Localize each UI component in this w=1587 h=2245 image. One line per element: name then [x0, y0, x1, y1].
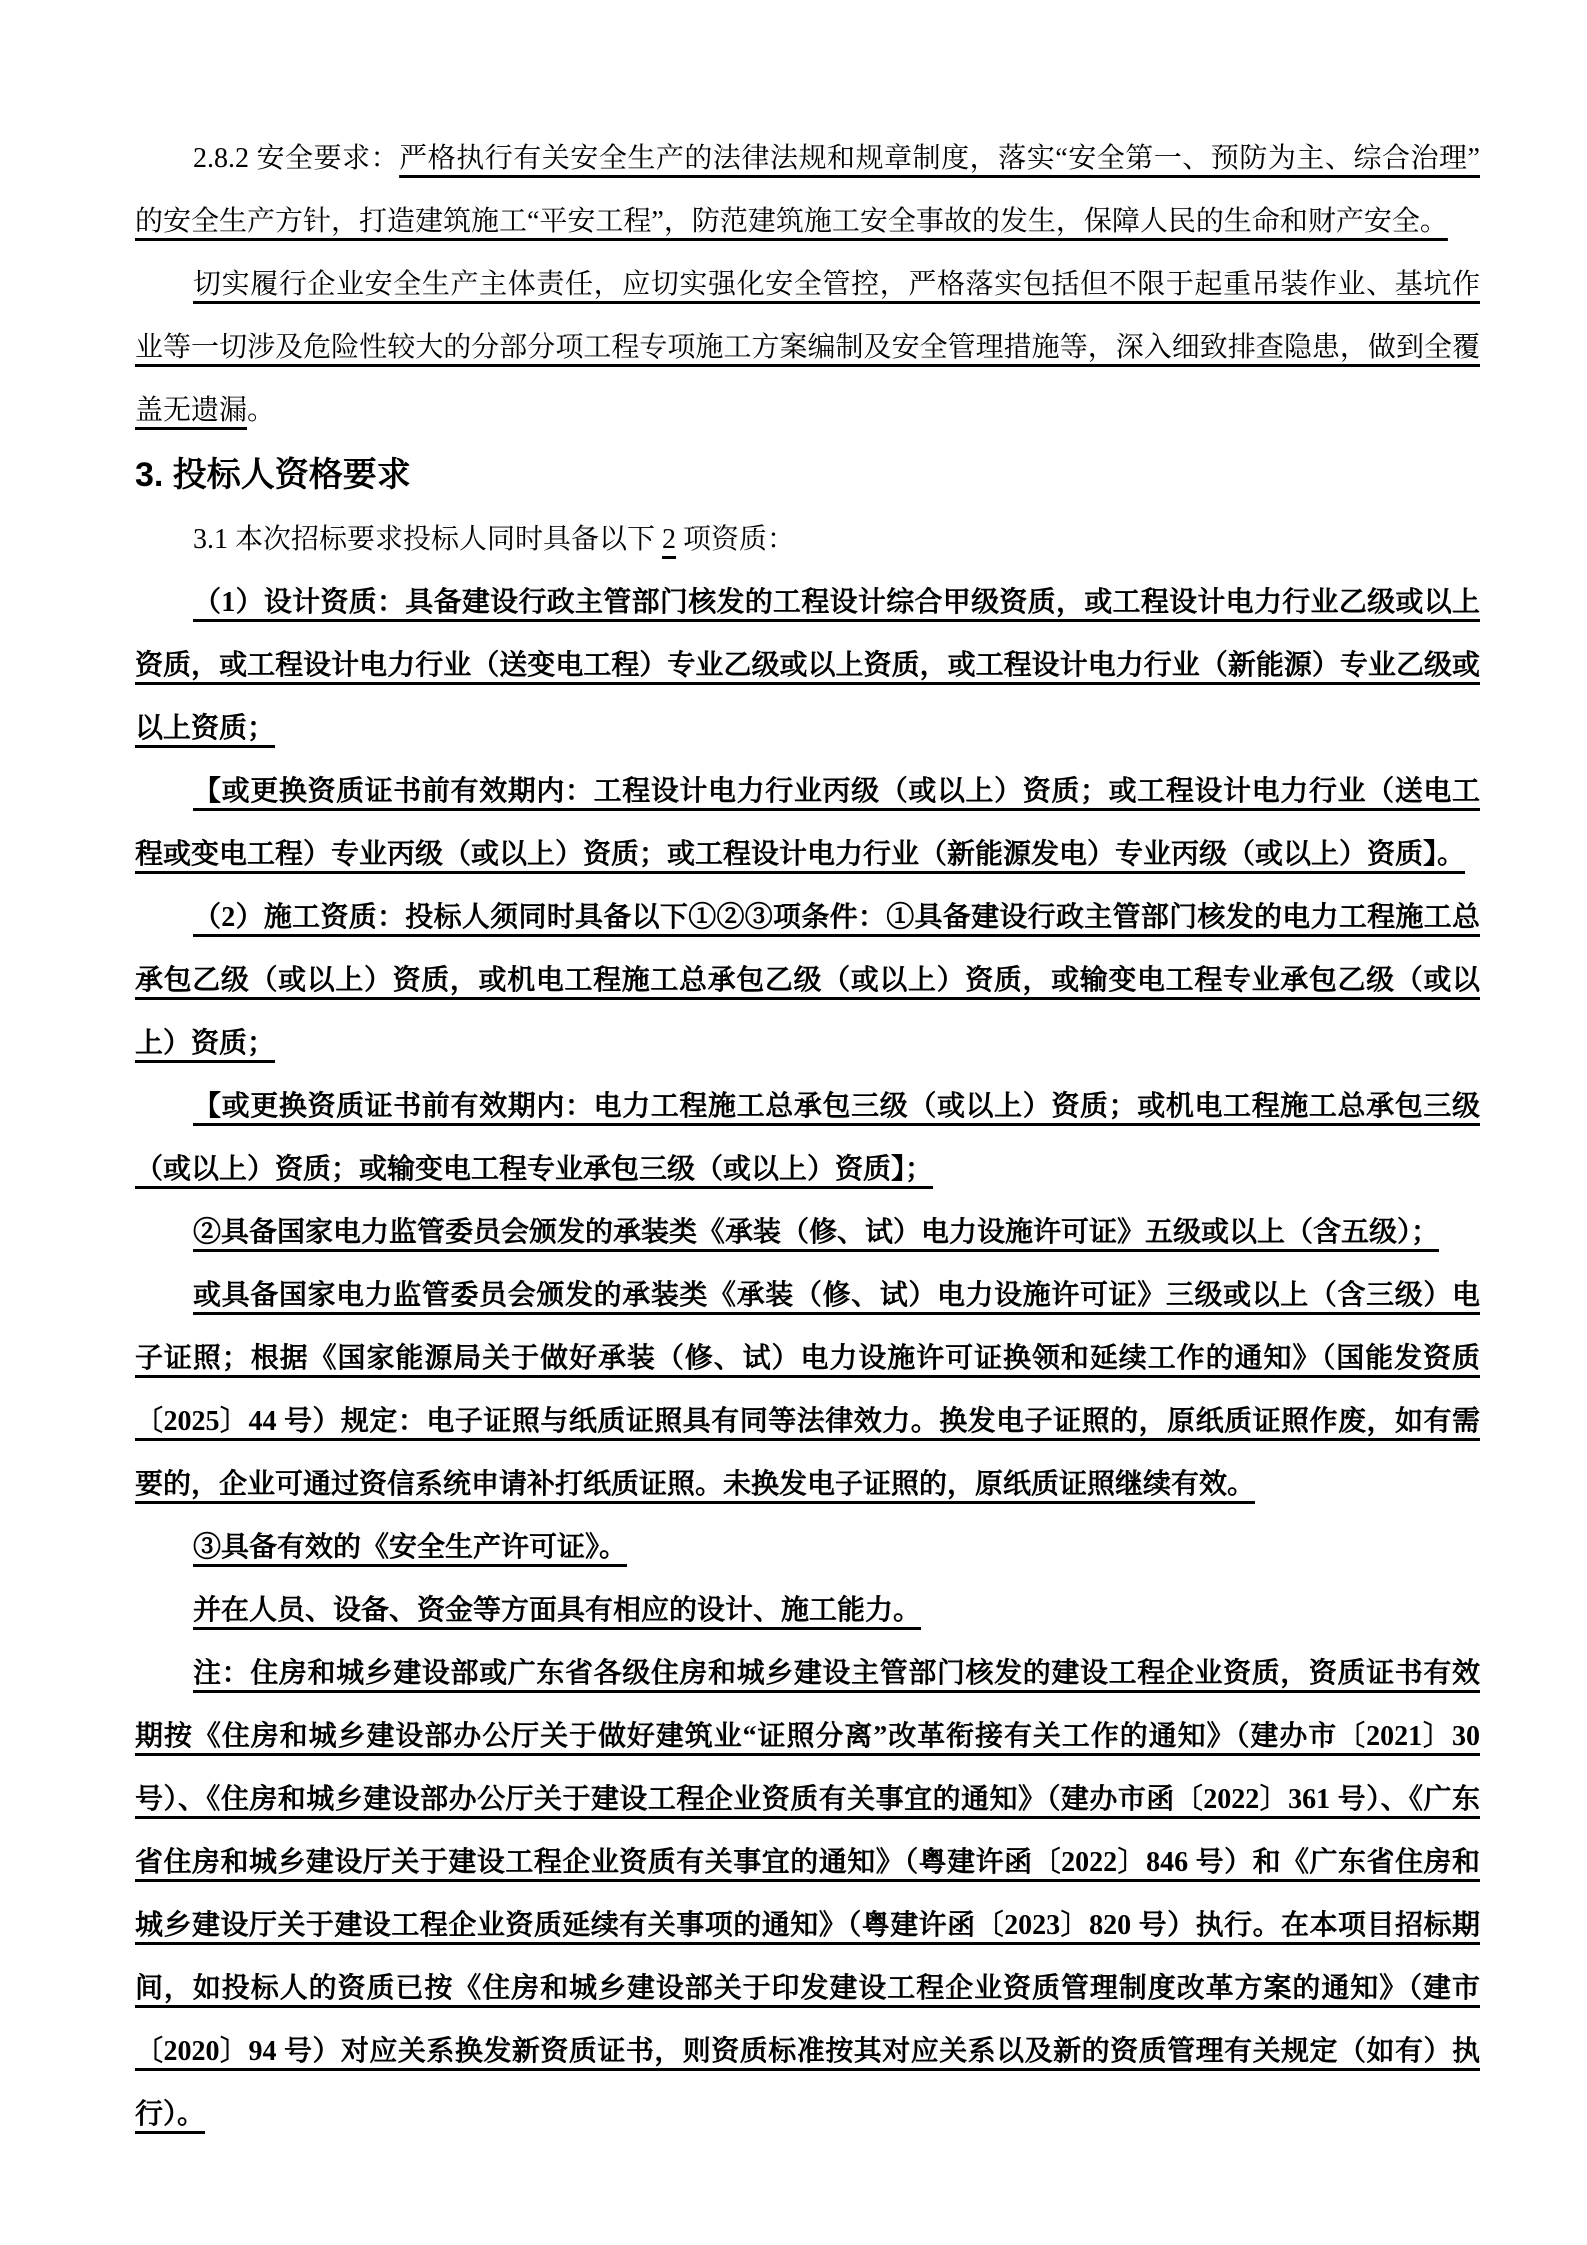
para-safety-production-license: ③具备有效的《安全生产许可证》。: [135, 1516, 1480, 1579]
text-segment: ②具备国家电力监管委员会颁发的承装类《承装（修、试）电力设施许可证》五级或以上（…: [193, 1217, 1439, 1248]
text-segment: 3.1 本次招标要求投标人同时具备以下: [193, 524, 662, 555]
para-note: 注：住房和城乡建设部或广东省各级住房和城乡建设主管部门核发的建设工程企业资质，资…: [135, 1642, 1480, 2146]
para-capability: 并在人员、设备、资金等方面具有相应的设计、施工能力。: [135, 1579, 1480, 1642]
text-segment: 【或更换资质证书前有效期内：电力工程施工总承包三级（或以上）资质；或机电工程施工…: [135, 1091, 1480, 1185]
text-segment: （1）设计资质：具备建设行政主管部门核发的工程设计综合甲级资质，或工程设计电力行…: [135, 587, 1480, 744]
text-segment: 2.8.2 安全要求：: [193, 143, 399, 174]
para-design-qualification: （1）设计资质：具备建设行政主管部门核发的工程设计综合甲级资质，或工程设计电力行…: [135, 571, 1480, 760]
para-safety-responsibility: 切实履行企业安全生产主体责任，应切实强化安全管控，严格落实包括但不限于起重吊装作…: [135, 253, 1480, 442]
para-3-1-intro: 3.1 本次招标要求投标人同时具备以下 2 项资质：: [135, 508, 1480, 571]
para-design-alt-bracket: 【或更换资质证书前有效期内：工程设计电力行业丙级（或以上）资质；或工程设计电力行…: [135, 760, 1480, 886]
text-segment: ③具备有效的《安全生产许可证》。: [193, 1532, 627, 1563]
para-construction-alt-bracket: 【或更换资质证书前有效期内：电力工程施工总承包三级（或以上）资质；或机电工程施工…: [135, 1075, 1480, 1201]
text-segment: 。: [247, 395, 275, 426]
para-safety-requirement: 2.8.2 安全要求：严格执行有关安全生产的法律法规和规章制度，落实“安全第一、…: [135, 127, 1480, 253]
document-page: 2.8.2 安全要求：严格执行有关安全生产的法律法规和规章制度，落实“安全第一、…: [0, 0, 1587, 2245]
text-segment: 注：住房和城乡建设部或广东省各级住房和城乡建设主管部门核发的建设工程企业资质，资…: [135, 1658, 1480, 2130]
text-segment: 2: [662, 524, 676, 555]
heading-bidder-qualification: 3. 投标人资格要求: [135, 442, 1480, 508]
text-segment: 切实履行企业安全生产主体责任，应切实强化安全管控，严格落实包括但不限于起重吊装作…: [135, 269, 1480, 426]
text-segment: 并在人员、设备、资金等方面具有相应的设计、施工能力。: [193, 1595, 921, 1626]
text-segment: （2）施工资质：投标人须同时具备以下①②③项条件：①具备建设行政主管部门核发的电…: [135, 902, 1480, 1059]
text-segment: 或具备国家电力监管委员会颁发的承装类《承装（修、试）电力设施许可证》三级或以上（…: [135, 1280, 1480, 1500]
document-body: 2.8.2 安全要求：严格执行有关安全生产的法律法规和规章制度，落实“安全第一、…: [135, 127, 1480, 2146]
para-construction-qualification: （2）施工资质：投标人须同时具备以下①②③项条件：①具备建设行政主管部门核发的电…: [135, 886, 1480, 1075]
para-license-level5: ②具备国家电力监管委员会颁发的承装类《承装（修、试）电力设施许可证》五级或以上（…: [135, 1201, 1480, 1264]
text-segment: 项资质：: [676, 524, 795, 555]
para-license-level3-electronic: 或具备国家电力监管委员会颁发的承装类《承装（修、试）电力设施许可证》三级或以上（…: [135, 1264, 1480, 1516]
text-segment: 【或更换资质证书前有效期内：工程设计电力行业丙级（或以上）资质；或工程设计电力行…: [135, 776, 1480, 870]
